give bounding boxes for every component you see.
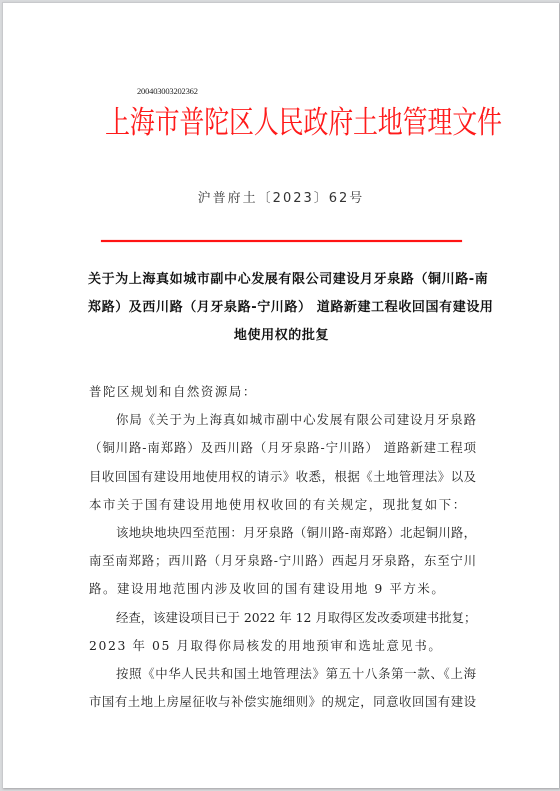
issuer-title: 上海市普陀区人民政府土地管理文件	[105, 98, 459, 148]
document-heading: 关于为上海真如城市副中心发展有限公司建设月牙泉路（铜川路-南 郑路）及西川路（月…	[88, 266, 475, 350]
serial-number: 200403003202362	[137, 86, 198, 96]
body-line: 目收回国有建设用地使用权的请示》收悉，根据《土地管理法》以及	[89, 463, 476, 491]
red-separator-line	[101, 240, 462, 242]
body-line: 你局《关于为上海真如城市副中心发展有限公司建设月牙泉路	[89, 406, 476, 434]
body-line: 经查，该建设项目已于 2022 年 12 月取得区发改委项建书批复；	[89, 604, 476, 632]
heading-line: 郑路）及西川路（月牙泉路-宁川路） 道路新建工程收回国有建设用	[88, 294, 475, 322]
document-number: 沪普府土〔2023〕62号	[3, 187, 559, 206]
body-line: 市国有土地上房屋征收与补偿实施细则》的规定，同意收回国有建设	[89, 688, 476, 716]
body-line: 按照《中华人民共和国土地管理法》第五十八条第一款、《上海	[89, 660, 476, 688]
document-body: 普陀区规划和自然资源局： 你局《关于为上海真如城市副中心发展有限公司建设月牙泉路…	[89, 378, 476, 716]
body-line: 路。建设用地范围内涉及收回的国有建设用地 9 平方米。	[89, 575, 476, 603]
body-line: 南至南郑路；西川路（月牙泉路-宁川路）西起月牙泉路，东至宁川	[89, 547, 476, 575]
body-line: 本市关于国有建设用地使用权收回的有关规定，现批复如下：	[89, 491, 476, 519]
heading-line: 地使用权的批复	[88, 322, 475, 350]
body-line: 2023 年 05 月取得你局核发的用地预审和选址意见书。	[89, 632, 476, 660]
addressee: 普陀区规划和自然资源局：	[89, 378, 476, 406]
heading-line: 关于为上海真如城市副中心发展有限公司建设月牙泉路（铜川路-南	[88, 266, 475, 294]
body-line: 该地块地块四至范围：月牙泉路（铜川路-南郑路）北起铜川路，	[89, 519, 476, 547]
body-line: （铜川路-南郑路）及西川路（月牙泉路-宁川路） 道路新建工程项	[89, 434, 476, 462]
document-page: 200403003202362 上海市普陀区人民政府土地管理文件 沪普府土〔20…	[2, 2, 559, 788]
